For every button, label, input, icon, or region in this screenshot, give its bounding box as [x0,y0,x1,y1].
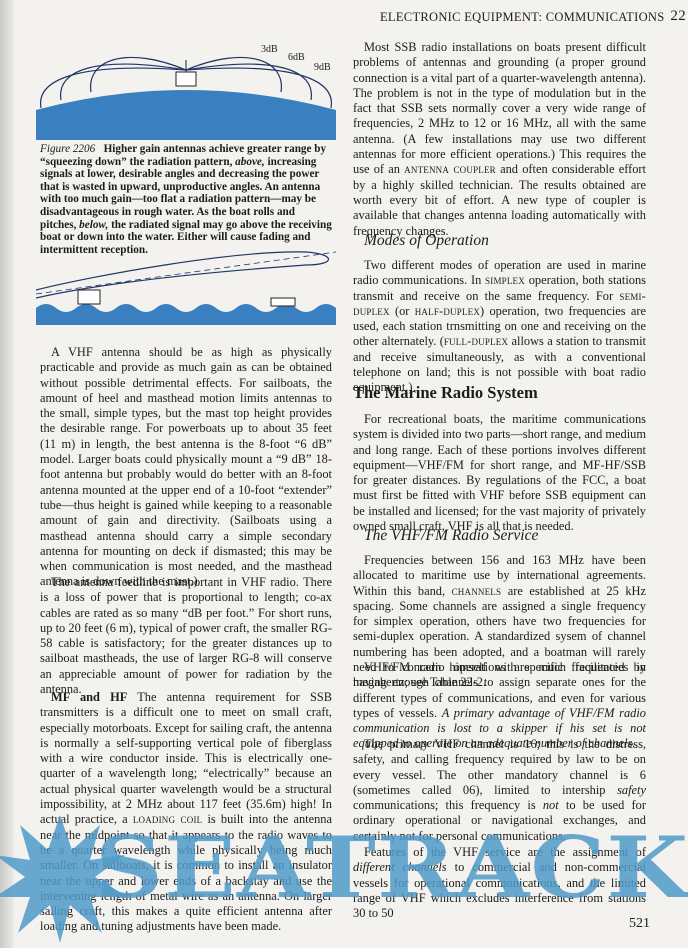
receiving-boat-icon [271,298,295,306]
running-title: ELECTRONIC EQUIPMENT: COMMUNICATIONS [380,10,664,24]
radiation-pattern-figure: 3dB 6dB 9dB [36,40,336,140]
paragraph: For recreational boats, the maritime com… [353,412,646,534]
running-header: ELECTRONIC EQUIPMENT: COMMUNICATIONS 22 [380,10,686,25]
boat-icon [176,72,196,86]
transmitting-boat-icon [78,290,100,304]
sea-curve [36,90,336,140]
figure-label: Figure 2206 [40,143,95,155]
rough-water-figure [36,250,336,330]
section-heading: Modes of Operation [353,233,489,248]
chapter-number: 22 [670,8,686,25]
paragraph: A VHF antenna should be as high as physi… [40,345,332,590]
waves [36,304,336,325]
page-gutter-shadow [0,0,14,948]
paragraph: Two different modes of operation are use… [353,258,646,396]
paragraph: The antenna feedline is important in VHF… [40,575,332,697]
svg-text:6dB: 6dB [288,52,305,63]
svg-text:9dB: 9dB [314,62,331,73]
paragraph: Most SSB radio installations on boats pr… [353,40,646,239]
page-number: 521 [629,916,650,932]
paragraph: The primary VHF channel is 16; this is t… [353,737,646,844]
figure-caption: Figure 2206 Higher gain antennas achieve… [40,143,332,256]
subsection-heading: The VHF/FM Radio Service [353,528,538,543]
svg-text:3dB: 3dB [261,44,278,55]
paragraph: Features of the VHF service are the assi… [353,845,646,921]
section-heading: The Marine Radio System [353,385,538,400]
run-in-heading: MF and HF [51,690,127,704]
paragraph: MF and HF The antenna requirement for SS… [40,690,332,935]
